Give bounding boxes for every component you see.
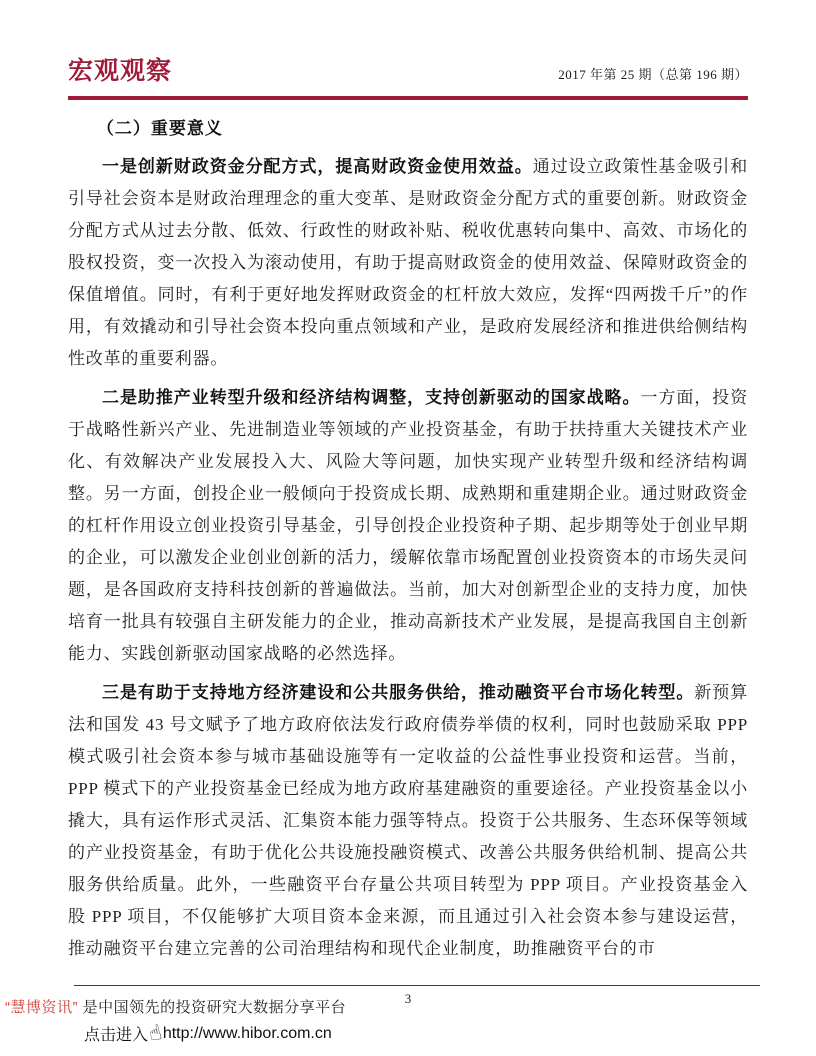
footer-rule <box>74 985 760 986</box>
document-page: 宏观观察 2017 年第 25 期（总第 196 期） （二）重要意义 一是创新… <box>0 0 816 1056</box>
paragraph-1-text: 通过设立政策性基金吸引和引导社会资本是财政治理理念的重大变革、是财政资金分配方式… <box>68 157 748 368</box>
paragraph-3: 三是有助于支持地方经济建设和公共服务供给，推动融资平台市场化转型。新预算法和国发… <box>68 677 748 965</box>
watermark: “慧博资讯” 是中国领先的投资研究大数据分享平台 点击进入☝http://www… <box>0 996 346 1045</box>
page-header: 宏观观察 2017 年第 25 期（总第 196 期） <box>68 58 748 90</box>
paragraph-1-lead: 一是创新财政资金分配方式，提高财政资金使用效益。 <box>102 157 533 176</box>
section-heading: （二）重要意义 <box>68 114 748 139</box>
hibor-link[interactable]: 点击进入☝http://www.hibor.com.cn <box>84 1022 346 1045</box>
document-body: （二）重要意义 一是创新财政资金分配方式，提高财政资金使用效益。通过设立政策性基… <box>68 114 748 972</box>
watermark-tagline-text: 是中国领先的投资研究大数据分享平台 <box>78 999 346 1016</box>
watermark-click-prefix: 点击进入 <box>84 1022 148 1045</box>
paragraph-3-text: 新预算法和国发 43 号文赋予了地方政府依法发行政府债券举债的权利，同时也鼓励采… <box>68 683 748 958</box>
masthead-title: 宏观观察 <box>68 58 172 86</box>
paragraph-2: 二是助推产业转型升级和经济结构调整，支持创新驱动的国家战略。一方面，投资于战略性… <box>68 382 748 670</box>
paragraph-3-lead: 三是有助于支持地方经济建设和公共服务供给，推动融资平台市场化转型。 <box>102 683 694 702</box>
watermark-url[interactable]: http://www.hibor.com.cn <box>163 1025 332 1043</box>
issue-info: 2017 年第 25 期（总第 196 期） <box>558 64 748 86</box>
watermark-tagline: “慧博资讯” 是中国领先的投资研究大数据分享平台 <box>5 996 346 1017</box>
paragraph-2-lead: 二是助推产业转型升级和经济结构调整，支持创新驱动的国家战略。 <box>102 388 640 407</box>
watermark-brand: “慧博资讯” <box>5 999 78 1016</box>
paragraph-1: 一是创新财政资金分配方式，提高财政资金使用效益。通过设立政策性基金吸引和引导社会… <box>68 151 748 375</box>
header-rule <box>68 96 748 100</box>
hand-pointer-icon: ☝ <box>147 1022 164 1045</box>
paragraph-2-text: 一方面，投资于战略性新兴产业、先进制造业等领域的产业投资基金，有助于扶持重大关键… <box>68 388 748 663</box>
